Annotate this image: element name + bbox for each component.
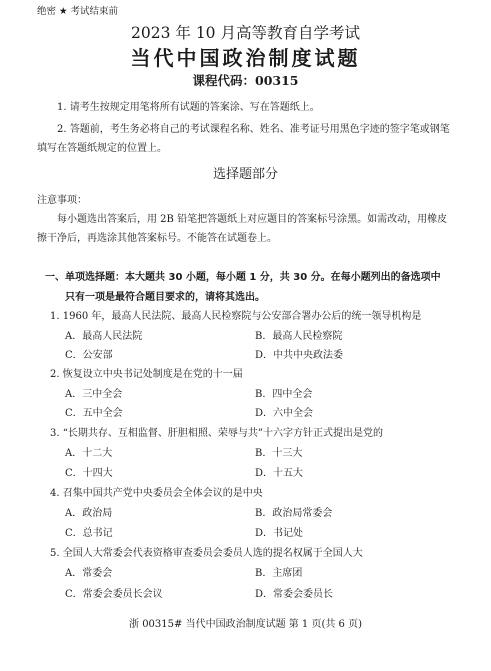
question-text: 5. 全国人大常委会代表资格审查委员会委员人选的提名权属于全国人大 xyxy=(50,544,363,559)
instruction-2: 2. 答题前，考生务必将自己的考试课程名称、姓名、准考证号用黑色字迹的签字笔或钢… xyxy=(57,120,450,135)
option-d: D．十五大 xyxy=(255,464,303,479)
question-text: 1. 1960 年，最高人民法院、最高人民检察院与公安部合署办公后的统一领导机构… xyxy=(50,307,421,322)
part-one-heading-cont: 只有一项是最符合题目要求的，请将其选出。 xyxy=(65,288,265,303)
part-one-heading: 一、单项选择题：本大题共 30 小题，每小题 1 分，共 30 分。在每小题列出… xyxy=(45,268,441,283)
question-text: 4. 召集中国共产党中央委员会全体会议的是中央 xyxy=(50,484,263,499)
option-b: B．最高人民检察院 xyxy=(255,327,342,342)
option-a: A．政治局 xyxy=(65,504,112,519)
option-c: C．公安部 xyxy=(65,346,113,361)
option-a: A．最高人民法院 xyxy=(65,327,142,342)
subject-title: 当代中国政治制度试题 xyxy=(0,42,491,71)
option-d: D．书记处 xyxy=(255,524,303,539)
option-b: B．主席团 xyxy=(255,564,302,579)
option-a: A．三中全会 xyxy=(65,385,122,400)
instruction-2-cont: 填写在答题纸规定的位置上。 xyxy=(37,139,167,154)
option-c: C．十四大 xyxy=(65,464,113,479)
option-c: C．五中全会 xyxy=(65,404,123,419)
option-d: D．中共中央政法委 xyxy=(255,346,343,361)
course-code: 课程代码：00315 xyxy=(0,71,491,89)
option-a: A．常委会 xyxy=(65,564,112,579)
option-b: B．十三大 xyxy=(255,444,302,459)
notice-label: 注意事项： xyxy=(37,191,87,206)
question-text: 2. 恢复设立中央书记处制度是在党的十一届 xyxy=(50,365,243,380)
option-b: B．四中全会 xyxy=(255,385,312,400)
option-c: C．总书记 xyxy=(65,524,113,539)
question-text: 3. “长期共存、互相监督、肝胆相照、荣辱与共”十六字方针正式提出是党的 xyxy=(50,424,383,439)
notice-line-2: 擦干净后，再选涂其他答案标号。不能答在试题卷上。 xyxy=(37,229,277,244)
instruction-1: 1. 请考生按规定用笔将所有试题的答案涂、写在答题纸上。 xyxy=(57,98,320,113)
option-d: D．常委会委员长 xyxy=(255,585,333,600)
section-title: 选择题部分 xyxy=(0,163,491,182)
secret-label: 绝密 ★ 考试结束前 xyxy=(37,3,118,17)
option-a: A．十二大 xyxy=(65,444,112,459)
option-c: C．常委会委员长会议 xyxy=(65,585,163,600)
option-d: D．六中全会 xyxy=(255,404,313,419)
page-footer: 浙 00315# 当代中国政治制度试题 第 1 页(共 6 页) xyxy=(0,615,491,630)
notice-line-1: 每小题选出答案后，用 2B 铅笔把答题纸上对应题目的答案标号涂黑。如需改动，用橡… xyxy=(57,210,447,225)
option-b: B．政治局常委会 xyxy=(255,504,332,519)
exam-title: 2023 年 10 月高等教育自学考试 xyxy=(0,21,491,43)
